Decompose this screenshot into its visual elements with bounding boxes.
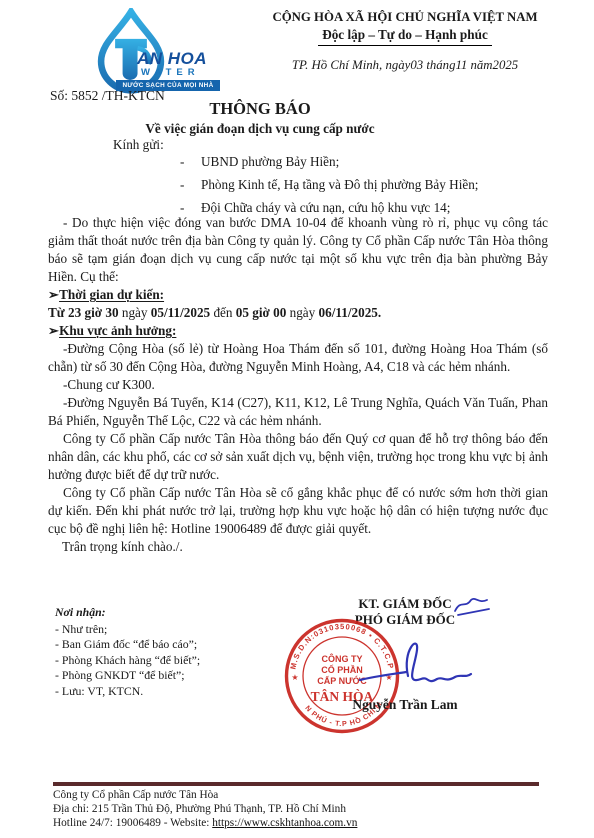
time-heading-text: Thời gian dự kiến: — [59, 287, 164, 302]
page-title: THÔNG BÁO — [0, 99, 520, 119]
footer-hotline: Hotline 24/7: 19006489 - Website: — [53, 817, 212, 829]
brand-water-label: WATER — [141, 67, 200, 78]
place-date-line: TP. Hồ Chí Minh, ngày03 tháng11 năm2025 — [240, 58, 570, 73]
recipient-text: UBND phường Bảy Hiền; — [201, 154, 339, 170]
recipient-text: Phòng Kinh tế, Hạ tầng và Đô thị phường … — [201, 177, 478, 193]
closing-line: Trân trọng kính chào./. — [48, 538, 548, 556]
start-date: 05/11/2025 — [151, 305, 210, 320]
dash-bullet: - — [180, 154, 201, 170]
start-time: 23 giờ 30 — [68, 305, 119, 320]
notify-paragraph: Công ty Cổ phần Cấp nước Tân Hòa thông b… — [48, 430, 548, 484]
intro-paragraph: - Do thực hiện việc đóng van bước DMA 10… — [48, 214, 548, 286]
recipient-list: - UBND phường Bảy Hiền; - Phòng Kinh tế,… — [180, 154, 478, 223]
footer-company: Công ty Cổ phần Cấp nước Tân Hòa — [53, 788, 357, 802]
apology-paragraph: Công ty Cổ phần Cấp nước Tân Hòa sẽ cố g… — [48, 484, 548, 538]
from-label: Từ — [48, 305, 65, 320]
recipient-item: - UBND phường Bảy Hiền; — [180, 154, 478, 177]
footer-divider — [53, 782, 539, 786]
page-subtitle: Về việc gián đoạn dịch vụ cung cấp nước — [0, 121, 520, 137]
area-heading: ➢Khu vực ảnh hưởng: — [48, 322, 548, 340]
company-logo: AN HOA WATER NƯỚC SẠCH CỦA MỌI NHÀ — [88, 6, 228, 100]
day-label: ngày — [122, 305, 148, 320]
national-header: CỘNG HÒA XÃ HỘI CHỦ NGHĨA VIỆT NAM Độc l… — [240, 10, 570, 73]
body-text: - Do thực hiện việc đóng van bước DMA 10… — [48, 214, 548, 556]
salutation: Kính gửi: — [113, 137, 164, 153]
recipients-note: Nơi nhận: - Như trên; - Ban Giám đốc “để… — [55, 605, 200, 699]
note-item: - Lưu: VT, KTCN. — [55, 684, 200, 700]
note-item: - Ban Giám đốc “để báo cáo”; — [55, 637, 200, 653]
footer: Công ty Cổ phần Cấp nước Tân Hòa Địa chỉ… — [53, 788, 357, 830]
day-label: ngày — [290, 305, 316, 320]
document-page: AN HOA WATER NƯỚC SẠCH CỦA MỌI NHÀ Số: 5… — [0, 0, 594, 838]
affected-area: -Đường Nguyễn Bá Tuyển, K14 (C27), K11, … — [48, 394, 548, 430]
note-item: - Phòng GNKDT “để biết”; — [55, 668, 200, 684]
arrow-bullet-icon: ➢ — [48, 287, 59, 302]
footer-hotline-line: Hotline 24/7: 19006489 - Website: https:… — [53, 816, 357, 830]
time-heading: ➢Thời gian dự kiến: — [48, 286, 548, 304]
brand-name: AN HOA — [137, 49, 207, 69]
footer-address: Địa chỉ: 215 Trần Thủ Độ, Phường Phú Thạ… — [53, 802, 357, 816]
signer-name: Nguyễn Trần Lam — [305, 697, 505, 713]
recipients-note-heading: Nơi nhận: — [55, 605, 200, 621]
affected-area: -Chung cư K300. — [48, 376, 548, 394]
area-heading-text: Khu vực ảnh hưởng: — [59, 323, 176, 338]
end-date: 06/11/2025. — [319, 305, 382, 320]
dash-bullet: - — [180, 177, 201, 193]
stamp-star-left-icon: ★ — [291, 673, 298, 682]
handwritten-initials — [452, 596, 494, 620]
national-title: CỘNG HÒA XÃ HỘI CHỦ NGHĨA VIỆT NAM — [240, 10, 570, 25]
note-item: - Phòng Khách hàng “để biết”; — [55, 653, 200, 669]
affected-area: -Đường Cộng Hòa (số lẻ) từ Hoàng Hoa Thá… — [48, 340, 548, 376]
to-label: đến — [213, 305, 232, 320]
time-range-line: Từ 23 giờ 30 ngày 05/11/2025 đến 05 giờ … — [48, 304, 548, 322]
end-time: 05 giờ 00 — [236, 305, 287, 320]
note-item: - Như trên; — [55, 622, 200, 638]
national-motto: Độc lập – Tự do – Hạnh phúc — [318, 27, 492, 46]
arrow-bullet-icon: ➢ — [48, 323, 59, 338]
recipient-item: - Phòng Kinh tế, Hạ tầng và Đô thị phườn… — [180, 177, 478, 200]
title-block: THÔNG BÁO Về việc gián đoạn dịch vụ cung… — [0, 99, 520, 137]
footer-website-link[interactable]: https://www.cskhtanhoa.com.vn — [212, 817, 357, 829]
